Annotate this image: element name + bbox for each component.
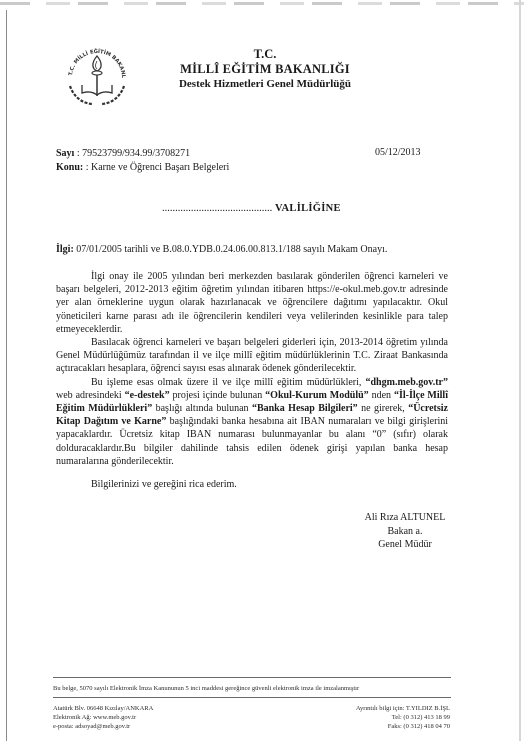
- p3-text: Bu işleme esas olmak üzere il ve ilçe mi…: [91, 377, 366, 388]
- footer-address: Atatürk Blv. 06648 Kızılay/ANKARA Elektr…: [53, 704, 153, 731]
- email-line: e-posta: adsoyad@meb.gov.tr: [53, 722, 153, 731]
- reference-line: İlgi: 07/01/2005 tarihli ve B.08.0.YDB.0…: [56, 244, 387, 255]
- sayi-value: : 79523799/934.99/3708271: [77, 148, 190, 159]
- body-paragraph-2: Basılacak öğrenci karneleri ve başarı be…: [56, 336, 448, 376]
- p3-text: nden: [369, 390, 394, 401]
- letterhead-tc: T.C.: [150, 47, 380, 62]
- body-paragraph-3: Bu işleme esas olmak üzere il ve ilçe mi…: [56, 376, 448, 468]
- document-date: 05/12/2013: [375, 147, 421, 158]
- p3-bold-project: “e-destek”: [125, 390, 170, 401]
- signature-block: Ali Rıza ALTUNEL Bakan a. Genel Müdür: [355, 511, 455, 552]
- signatory-name: Ali Rıza ALTUNEL: [355, 511, 455, 525]
- p3-text: web adresindeki: [56, 390, 125, 401]
- reference-text: 07/01/2005 tarihli ve B.08.0.YDB.0.24.06…: [74, 244, 388, 255]
- recipient-line: ........................................…: [162, 203, 341, 214]
- footer-divider-bottom: [53, 697, 451, 698]
- letter-body: İlgi onay ile 2005 yılından beri merkezd…: [56, 264, 448, 468]
- footer-divider-top: [53, 677, 451, 678]
- fax-line: Faks: (0 312) 418 04 70: [300, 722, 450, 731]
- recipient-placeholder-dots: ........................................…: [162, 203, 272, 214]
- contact-person-line: Ayrıntılı bilgi için: T.YILDIZ B.İŞL: [300, 704, 450, 713]
- p3-bold-module: “Okul-Kurum Modülü”: [265, 390, 369, 401]
- signatory-title-2: Genel Müdür: [355, 538, 455, 552]
- address-line: Atatürk Blv. 06648 Kızılay/ANKARA: [53, 704, 153, 713]
- scan-artifact-top: [0, 2, 524, 5]
- footer-contact: Ayrıntılı bilgi için: T.YILDIZ B.İŞL Tel…: [300, 704, 450, 731]
- reference-label: İlgi:: [56, 244, 74, 255]
- svg-text:T.C. MİLLİ EĞİTİM BAKANLIĞI: T.C. MİLLİ EĞİTİM BAKANLIĞI: [60, 38, 126, 79]
- meb-emblem-icon: T.C. MİLLİ EĞİTİM BAKANLIĞI: [60, 38, 134, 112]
- letterhead-ministry: MİLLÎ EĞİTİM BAKANLIĞI: [150, 62, 380, 77]
- scan-artifact-left-edge: [6, 10, 7, 741]
- scan-artifact-right-edge: [519, 0, 521, 741]
- phone-line: Tel: (0 312) 413 18 99: [300, 713, 450, 722]
- konu-label: Konu:: [56, 162, 83, 173]
- letterhead-department: Destek Hizmetleri Genel Müdürlüğü: [150, 77, 380, 91]
- sayi-row: Sayı : 79523799/934.99/3708271: [56, 147, 229, 161]
- p3-text: projesi içinde bulunan: [170, 390, 266, 401]
- konu-row: Konu: : Karne ve Öğrenci Başarı Belgeler…: [56, 161, 229, 175]
- p3-bold-website: “dhgm.meb.gov.tr”: [366, 377, 449, 388]
- p3-text: ne girerek,: [358, 403, 409, 414]
- signatory-title-1: Bakan a.: [355, 525, 455, 539]
- konu-value: : Karne ve Öğrenci Başarı Belgeleri: [86, 162, 230, 173]
- p3-text: başlığı altında bulunan: [152, 403, 252, 414]
- recipient-label: VALİLİĞİNE: [272, 203, 341, 214]
- e-signature-notice: Bu belge, 5070 sayılı Elektronik İmza Ka…: [53, 685, 359, 692]
- sayi-label: Sayı: [56, 148, 74, 159]
- letterhead: T.C. MİLLÎ EĞİTİM BAKANLIĞI Destek Hizme…: [150, 47, 380, 91]
- body-paragraph-1: İlgi onay ile 2005 yılından beri merkezd…: [56, 270, 448, 336]
- p3-bold-bank-info: “Banka Hesap Bilgileri”: [252, 403, 358, 414]
- website-line: Elektronik Ağ: www.meb.gov.tr: [53, 713, 153, 722]
- document-meta: Sayı : 79523799/934.99/3708271 Konu: : K…: [56, 147, 229, 175]
- closing-line: Bilgilerinizi ve gereğini rica ederim.: [91, 479, 237, 490]
